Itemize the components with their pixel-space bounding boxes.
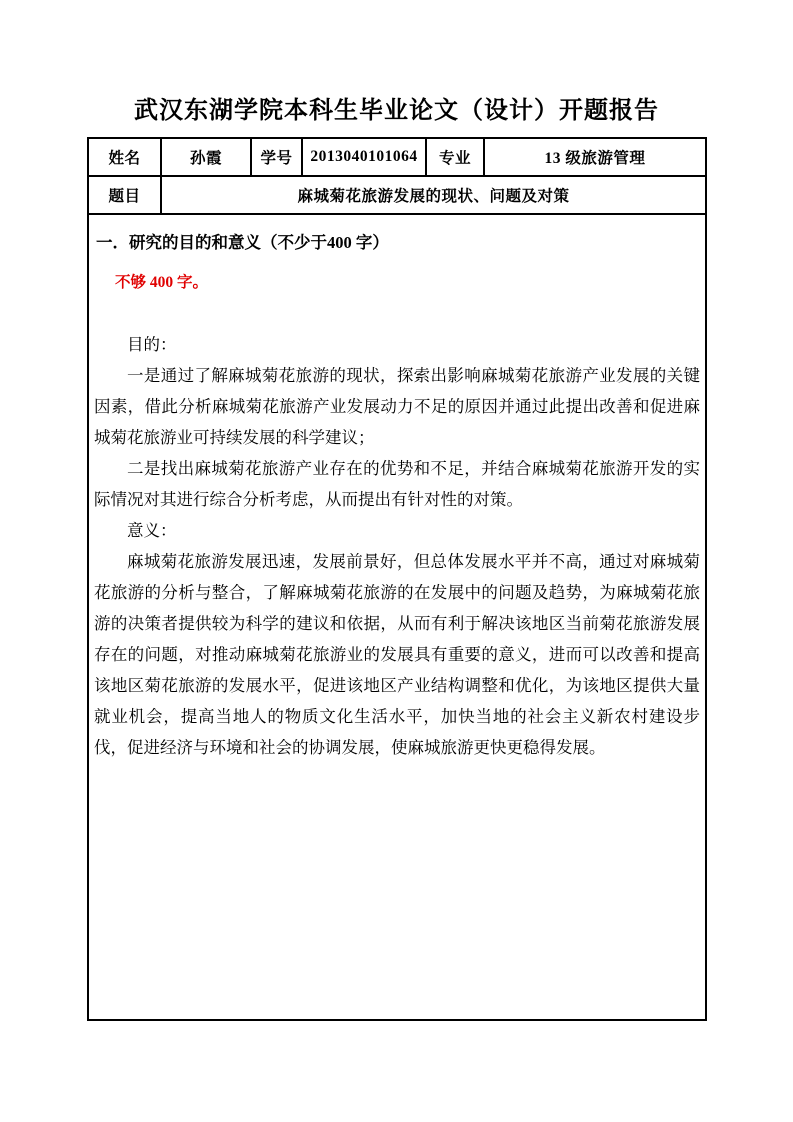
section-cell: 一．研究的目的和意义（不少于400 字） 不够 400 字。 目的： 一是通过了…: [88, 214, 706, 1020]
document-title: 武汉东湖学院本科生毕业论文（设计）开题报告: [0, 95, 793, 128]
student-id-value: 2013040101064: [302, 138, 426, 176]
major-value: 13 级旅游管理: [484, 138, 706, 176]
paragraph-significance-body: 麻城菊花旅游发展迅速，发展前景好，但总体发展水平并不高，通过对麻城菊花旅游的分析…: [94, 546, 700, 763]
paragraph-purpose-label: 目的：: [94, 329, 700, 360]
topic-label: 题目: [88, 176, 161, 214]
major-label: 专业: [426, 138, 484, 176]
topic-value: 麻城菊花旅游发展的现状、问题及对策: [161, 176, 706, 214]
info-row: 姓名 孙霞 学号 2013040101064 专业 13 级旅游管理: [88, 138, 706, 176]
reviewer-comment: 不够 400 字。: [115, 273, 700, 293]
student-id-label: 学号: [251, 138, 302, 176]
document-page: 武汉东湖学院本科生毕业论文（设计）开题报告 姓名 孙霞 学号 201304010…: [0, 0, 793, 1122]
info-table: 姓名 孙霞 学号 2013040101064 专业 13 级旅游管理 题目 麻城…: [87, 137, 707, 1021]
paragraph-purpose-1: 一是通过了解麻城菊花旅游的现状，探索出影响麻城菊花旅游产业发展的关键因素，借此分…: [94, 360, 700, 453]
name-label: 姓名: [88, 138, 161, 176]
section-heading: 一．研究的目的和意义（不少于400 字）: [96, 231, 700, 255]
section-row: 一．研究的目的和意义（不少于400 字） 不够 400 字。 目的： 一是通过了…: [88, 214, 706, 1020]
topic-row: 题目 麻城菊花旅游发展的现状、问题及对策: [88, 176, 706, 214]
paragraph-purpose-2: 二是找出麻城菊花旅游产业存在的优势和不足，并结合麻城菊花旅游开发的实际情况对其进…: [94, 453, 700, 515]
name-value: 孙霞: [161, 138, 251, 176]
paragraph-significance-label: 意义：: [94, 515, 700, 546]
